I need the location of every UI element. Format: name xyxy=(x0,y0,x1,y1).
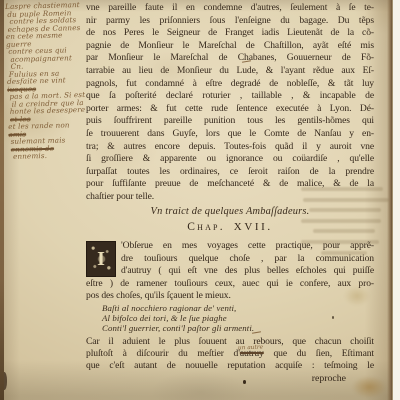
printed-text-line: vne pareille faute il en condemne d'autr… xyxy=(86,2,374,15)
paragraph-car-il-advient: Car il aduient le plus ſouuent au rebour… xyxy=(86,336,374,373)
chapter-heading: Chap.XVII. xyxy=(86,221,374,233)
verse-line: Conti'l guerrier, conti'l paſtor gli arm… xyxy=(102,324,334,334)
scanned-book-page: Laspre chastiemant du puple Romein contr… xyxy=(0,0,400,400)
scan-background xyxy=(392,0,400,400)
marginalia-text: ennemis. xyxy=(13,151,47,161)
printed-text-line: pagnols, fut condamné à eſtre degradé de… xyxy=(86,78,374,91)
italian-verse-quotation: Baſti al nocchiero ragionar de' venti, A… xyxy=(102,304,334,334)
ink-speck xyxy=(243,380,246,384)
chapter-number: XVII. xyxy=(234,221,273,233)
printed-text-line: pagnie de Monſieur le Mareſchal de Chaſt… xyxy=(86,40,374,53)
printed-text-line: ſurpaſſat toutes les ordinaires, ce ſero… xyxy=(86,166,374,179)
printed-text-line: d'autruy ( qui eſt vne des plus belles e… xyxy=(86,265,374,278)
paragraph-punition-couardise: vne pareille faute il en condemne d'autr… xyxy=(86,2,374,204)
section-title: Vn traict de quelques Ambaſſadeurs. xyxy=(86,206,374,217)
printed-text-line-with-correction: pluſtoſt à diſcourir du meſtier d'autruy… xyxy=(86,348,374,360)
interlinear-handwritten-correction: un autre xyxy=(238,341,263,354)
printed-text-line: puis ſouffrirent pareille punition tous … xyxy=(86,115,374,128)
printed-text-line: porter armes: & fut cette rude ſentence … xyxy=(86,103,374,116)
chapter-label: Chap. xyxy=(187,221,225,233)
printed-text-line: que ſa poſterité declaré roturier , tail… xyxy=(86,90,374,103)
printed-text-line: eſtre ) de ramener touſiours ceux, auec … xyxy=(86,278,374,291)
printed-text-line: par Monſieur le Mareſchal de Chabanes, G… xyxy=(86,52,374,65)
printed-text-line: pour ſuffiſante preuue de meſchanceté & … xyxy=(86,178,374,191)
printed-text-column: vne pareille faute il en condemne d'autr… xyxy=(86,2,374,398)
line-segment: que du ſien, Eſtimant xyxy=(264,348,374,359)
printed-text-line: dre touſiours quelque choſe , par la com… xyxy=(86,253,374,266)
printed-text-line: Car il aduient le plus ſouuent au rebour… xyxy=(86,336,374,348)
struck-printed-word: autruyun autre xyxy=(240,348,264,359)
printed-text-line: de nos Peres le Seigneur de Franget iadi… xyxy=(86,27,374,40)
line-segment: pluſtoſt à diſcourir du meſtier d' xyxy=(86,348,240,359)
page-paper: Laspre chastiemant du puple Romein contr… xyxy=(0,0,392,400)
printed-text-line: nir parmy les priſonniers ſous l'enſeign… xyxy=(86,15,374,28)
printed-text-line: tra; & autres encore depuis. Toutes-fois… xyxy=(86,141,374,154)
printed-text-line: chaſtier pour telle. xyxy=(86,191,374,204)
printed-text-line: ſi groſſiere & apparente ou ignorance ou… xyxy=(86,153,374,166)
printed-text-line: ſe trouuerent dans Guyſe, lors que le Co… xyxy=(86,128,374,141)
ink-speck xyxy=(332,316,334,319)
printed-text-line: que c'eſt autant de nouuelle reputation … xyxy=(86,360,374,372)
page-edge-left xyxy=(0,0,4,400)
paragraph-observe-voyages: I 'Obſerue en mes voyages cette practiqu… xyxy=(86,240,374,303)
printed-text-line: tarrabie au lieu de Monſieur du Lude, & … xyxy=(86,65,374,78)
printed-text-line: pos des choſes, qu'ils ſçauent le mieux. xyxy=(86,290,374,303)
printed-text-line: 'Obſerue en mes voyages cette practique,… xyxy=(86,240,374,253)
ornamental-drop-cap: I xyxy=(86,241,116,277)
catchword: reproche xyxy=(312,373,346,384)
handwritten-marginalia: Laspre chastiemant du puple Romein contr… xyxy=(5,1,89,161)
